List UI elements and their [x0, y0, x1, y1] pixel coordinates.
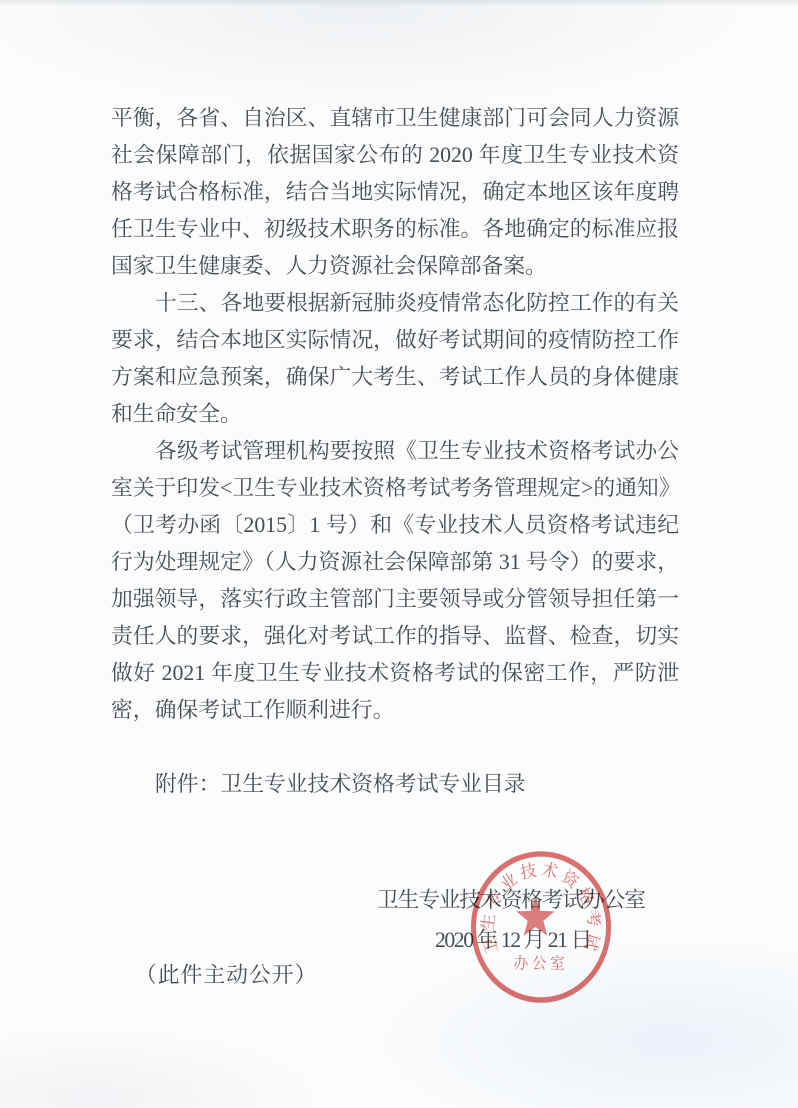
body-line: 密，确保考试工作顺利进行。 — [111, 692, 679, 729]
body-line: 要求，结合本地区实际情况，做好考试期间的疫情防控工作 — [111, 322, 679, 359]
document-page: 平衡，各省、自治区、直辖市卫生健康部门可会同人力资源 社会保障部门，依据国家公布… — [0, 0, 798, 1108]
body-line: （卫考办函〔2015〕1 号）和《专业技术人员资格考试违纪 — [111, 507, 679, 544]
body-line: 行为处理规定》（人力资源社会保障部第 31 号令）的要求， — [111, 544, 679, 581]
body-line: 各级考试管理机构要按照《卫生专业技术资格考试办公 — [111, 433, 679, 470]
body-line: 国家卫生健康委、人力资源社会保障部备案。 — [111, 248, 679, 285]
signature-issuer: 卫生专业技术资格考试办公室 — [377, 882, 645, 919]
body-line: 平衡，各省、自治区、直辖市卫生健康部门可会同人力资源 — [111, 100, 679, 137]
body-line: 做好 2021 年度卫生专业技术资格考试的保密工作，严防泄 — [111, 655, 679, 692]
body-line: 责任人的要求，强化对考试工作的指导、监督、检查，切实 — [111, 618, 679, 655]
body-line: 室关于印发<卫生专业技术资格考试考务管理规定>的通知》 — [111, 470, 679, 507]
body-line: 和生命安全。 — [111, 396, 679, 433]
attachment-line: 附件：卫生专业技术资格考试专业目录 — [111, 766, 679, 803]
disclosure-note: （此件主动公开） — [135, 957, 317, 994]
body-line: 社会保障部门，依据国家公布的 2020 年度卫生专业技术资 — [111, 137, 679, 174]
body-line: 任卫生专业中、初级技术职务的标准。各地确定的标准应报 — [111, 211, 679, 248]
body-line: 格考试合格标准，结合当地实际情况，确定本地区该年度聘 — [111, 174, 679, 211]
signature-date: 2020 年 12 月 21 日 — [435, 922, 591, 959]
document-body: 平衡，各省、自治区、直辖市卫生健康部门可会同人力资源 社会保障部门，依据国家公布… — [111, 100, 679, 803]
body-line: 加强领导，落实行政主管部门主要领导或分管领导担任第一 — [111, 581, 679, 618]
body-line: 十三、各地要根据新冠肺炎疫情常态化防控工作的有关 — [111, 285, 679, 322]
body-line: 方案和应急预案，确保广大考生、考试工作人员的身体健康 — [111, 359, 679, 396]
